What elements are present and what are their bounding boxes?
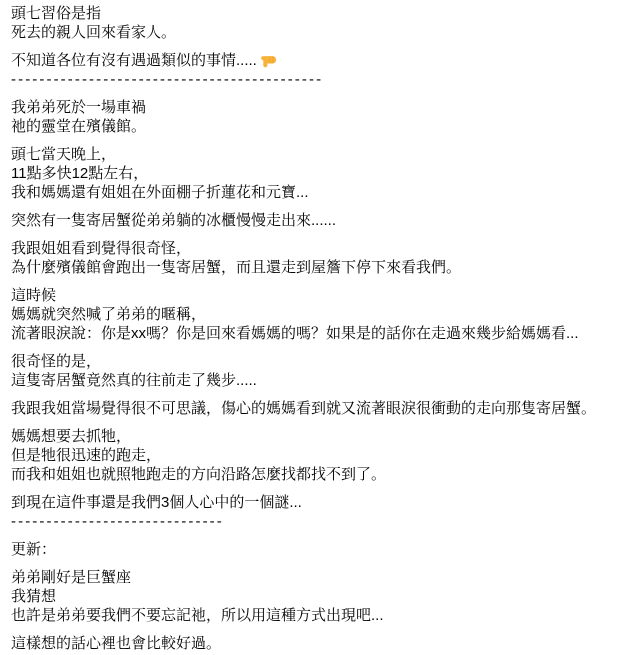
post-paragraph: 到現在這件事還是我們3個人心中的一個謎... bbox=[11, 493, 627, 512]
post-line: 也許是弟弟要我們不要忘記祂，所以用這種方式出現吧... bbox=[11, 606, 627, 625]
divider-line-long: ----------------------------------------… bbox=[11, 70, 627, 89]
divider: ------------------------------ bbox=[11, 512, 627, 531]
post-paragraph: 媽媽想要去抓牠， 但是牠很迅速的跑走， 而我和姐姐也就照牠跑走的方向沿路怎麼找都… bbox=[11, 427, 627, 484]
post-line: 突然有一隻寄居蟹從弟弟躺的冰櫃慢慢走出來...... bbox=[11, 211, 627, 230]
post-line: 頭七習俗是指 bbox=[11, 4, 627, 23]
post-line: 這時候 bbox=[11, 286, 627, 305]
post-line: 我猜想 bbox=[11, 587, 627, 606]
post-paragraph: 我弟弟死於一場車禍 祂的靈堂在殯儀館。 bbox=[11, 98, 627, 136]
post-paragraph: 頭七習俗是指 死去的親人回來看家人。 bbox=[11, 4, 627, 42]
post-paragraph: 弟弟剛好是巨蟹座 我猜想 也許是弟弟要我們不要忘記祂，所以用這種方式出現吧... bbox=[11, 568, 627, 625]
post-paragraph: 我跟我姐當場覺得很不可思議，傷心的媽媽看到就又流著眼淚很衝動的走向那隻寄居蟹。 bbox=[11, 399, 627, 418]
post-line: 祂的靈堂在殯儀館。 bbox=[11, 117, 627, 136]
post-line: 但是牠很迅速的跑走， bbox=[11, 446, 627, 465]
post-line: 頭七當天晚上， bbox=[11, 145, 627, 164]
post-line: 媽媽想要去抓牠， bbox=[11, 427, 627, 446]
post-line: 死去的親人回來看家人。 bbox=[11, 23, 627, 42]
post-line: 很奇怪的是， bbox=[11, 352, 627, 371]
post-line: 弟弟剛好是巨蟹座 bbox=[11, 568, 627, 587]
post-paragraph: 頭七當天晚上， 11點多快12點左右， 我和媽媽還有姐姐在外面棚子折蓮花和元寶.… bbox=[11, 145, 627, 202]
post-line: 更新： bbox=[11, 540, 627, 559]
divider-line-short: ------------------------------ bbox=[11, 512, 627, 531]
post-line: 到現在這件事還是我們3個人心中的一個謎... bbox=[11, 493, 627, 512]
post-line: 11點多快12點左右， bbox=[11, 164, 627, 183]
post-paragraph: 這時候 媽媽就突然喊了弟弟的暱稱， 流著眼淚說：你是xx嗎？你是回來看媽媽的嗎？… bbox=[11, 286, 627, 343]
post-paragraph: 更新： bbox=[11, 540, 627, 559]
post-line: 流著眼淚說：你是xx嗎？你是回來看媽媽的嗎？如果是的話你在走過來幾步給媽媽看..… bbox=[11, 324, 627, 343]
post-line: 媽媽就突然喊了弟弟的暱稱， bbox=[11, 305, 627, 324]
post-line: 我弟弟死於一場車禍 bbox=[11, 98, 627, 117]
post-line: 這樣想的話心裡也會比較好過。 bbox=[11, 634, 627, 653]
post-paragraph: 突然有一隻寄居蟹從弟弟躺的冰櫃慢慢走出來...... bbox=[11, 211, 627, 230]
post-line: 而我和姐姐也就照牠跑走的方向沿路怎麼找都找不到了。 bbox=[11, 465, 627, 484]
post-line: 我和媽媽還有姐姐在外面棚子折蓮花和元寶... bbox=[11, 183, 627, 202]
post-paragraph: 這樣想的話心裡也會比較好過。 bbox=[11, 634, 627, 653]
post-body: 頭七習俗是指 死去的親人回來看家人。 不知道各位有沒有遇過類似的事情..... … bbox=[0, 0, 633, 653]
post-paragraph: 我跟姐姐看到覺得很奇怪， 為什麼殯儀館會跑出一隻寄居蟹，而且還走到屋簷下停下來看… bbox=[11, 239, 627, 277]
post-line: 為什麼殯儀館會跑出一隻寄居蟹，而且還走到屋簷下停下來看我們。 bbox=[11, 258, 627, 277]
post-paragraph: 很奇怪的是， 這隻寄居蟹竟然真的往前走了幾步..... bbox=[11, 352, 627, 390]
pointing-down-emoji bbox=[260, 51, 277, 68]
post-line: 我跟姐姐看到覺得很奇怪， bbox=[11, 239, 627, 258]
post-line-text: 不知道各位有沒有遇過類似的事情..... bbox=[11, 52, 257, 69]
post-line: 我跟我姐當場覺得很不可思議，傷心的媽媽看到就又流著眼淚很衝動的走向那隻寄居蟹。 bbox=[11, 399, 627, 418]
post-paragraph: 不知道各位有沒有遇過類似的事情..... bbox=[11, 51, 627, 70]
post-line: 不知道各位有沒有遇過類似的事情..... bbox=[11, 51, 627, 70]
divider: ----------------------------------------… bbox=[11, 70, 627, 89]
post-line: 這隻寄居蟹竟然真的往前走了幾步..... bbox=[11, 371, 627, 390]
